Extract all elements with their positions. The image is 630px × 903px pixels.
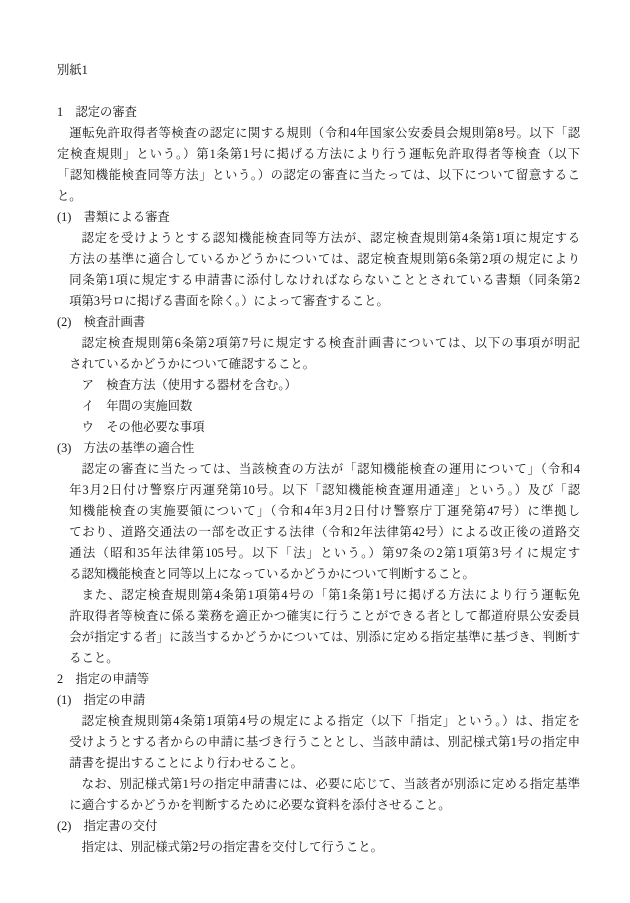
document-line: ア 検査方法（使用する器材を含む。） (82, 375, 580, 396)
document-line: と。 (57, 186, 580, 207)
document-line: 受けようとする者からの申請に基づき行うこととし、当該申請は、別記様式第1号の指定… (69, 732, 580, 753)
document-line: 「認知機能検査同等方法」という。）の認定の審査に当たっては、以下について留意する… (57, 165, 580, 186)
document-line: 1 認定の審査 (57, 102, 580, 123)
blank-line (57, 81, 580, 102)
document-line: また、認定検査規則第4条第1項第4号の「第1条第1号に掲げる方法により行う運転免 (82, 585, 580, 606)
document-line: (3) 方法の基準の適合性 (57, 438, 580, 459)
document-line: 別紙1 (57, 60, 580, 81)
document-page: 別紙11 認定の審査運転免許取得者等検査の認定に関する規則（令和4年国家公安委員… (0, 0, 630, 903)
document-line: されているかどうかについて確認すること。 (69, 354, 580, 375)
document-line: 知機能検査の実施要領について」（令和4年3月2日付け警察庁丁運発第47号）に準拠… (69, 501, 580, 522)
document-line: 許取得者等検査に係る業務を適正かつ確実に行うことができる者として都道府県公安委員 (69, 606, 580, 627)
document-line: イ 年間の実施回数 (82, 396, 580, 417)
document-line: に適合するかどうかを判断するために必要な資料を添付させること。 (69, 795, 580, 816)
document-line: (2) 検査計画書 (57, 312, 580, 333)
document-line: 方法の基準に適合しているかどうかについては、認定検査規則第6条第2項の規定により (69, 249, 580, 270)
document-line: (1) 指定の申請 (57, 690, 580, 711)
document-body: 別紙11 認定の審査運転免許取得者等検査の認定に関する規則（令和4年国家公安委員… (57, 60, 580, 858)
document-line: (1) 書類による審査 (57, 207, 580, 228)
document-line: (2) 指定書の交付 (57, 816, 580, 837)
document-line: 認定検査規則第6条第2項第7号に規定する検査計画書については、以下の事項が明記 (82, 333, 580, 354)
document-line: なお、別記様式第1号の指定申請書には、必要に応じて、当該者が別添に定める指定基準 (82, 774, 580, 795)
document-line: 年3月2日付け警察庁丙運発第10号。以下「認知機能検査運用通達」という。）及び「… (69, 480, 580, 501)
document-line: 定検査規則」という。）第1条第1号に掲げる方法により行う運転免許取得者等検査（以… (57, 144, 580, 165)
document-line: ること。 (69, 648, 580, 669)
document-line: 認定検査規則第4条第1項第4号の規定による指定（以下「指定」という。）は、指定を (82, 711, 580, 732)
document-line: ており、道路交通法の一部を改正する法律（令和2年法律第42号）による改正後の道路… (69, 522, 580, 543)
document-line: 指定は、別記様式第2号の指定書を交付して行うこと。 (82, 837, 580, 858)
document-line: 請書を提出することにより行わせること。 (69, 753, 580, 774)
document-line: 2 指定の申請等 (57, 669, 580, 690)
document-line: 項第3号ロに掲げる書面を除く。）によって審査すること。 (69, 291, 580, 312)
document-line: 通法（昭和35年法律第105号。以下「法」という。）第97条の2第1項第3号イに… (69, 543, 580, 564)
document-line: る認知機能検査と同等以上になっているかどうかについて判断すること。 (69, 564, 580, 585)
document-line: ウ その他必要な事項 (82, 417, 580, 438)
document-line: 同条第1項に規定する申請書に添付しなければならないこととされている書類（同条第2 (69, 270, 580, 291)
document-line: 認定の審査に当たっては、当該検査の方法が「認知機能検査の運用について」（令和4 (82, 459, 580, 480)
document-line: 運転免許取得者等検査の認定に関する規則（令和4年国家公安委員会規則第8号。以下「… (69, 123, 580, 144)
document-line: 会が指定する者」に該当するかどうかについては、別添に定める指定基準に基づき、判断… (69, 627, 580, 648)
document-line: 認定を受けようとする認知機能検査同等方法が、認定検査規則第4条第1項に規定する (82, 228, 580, 249)
